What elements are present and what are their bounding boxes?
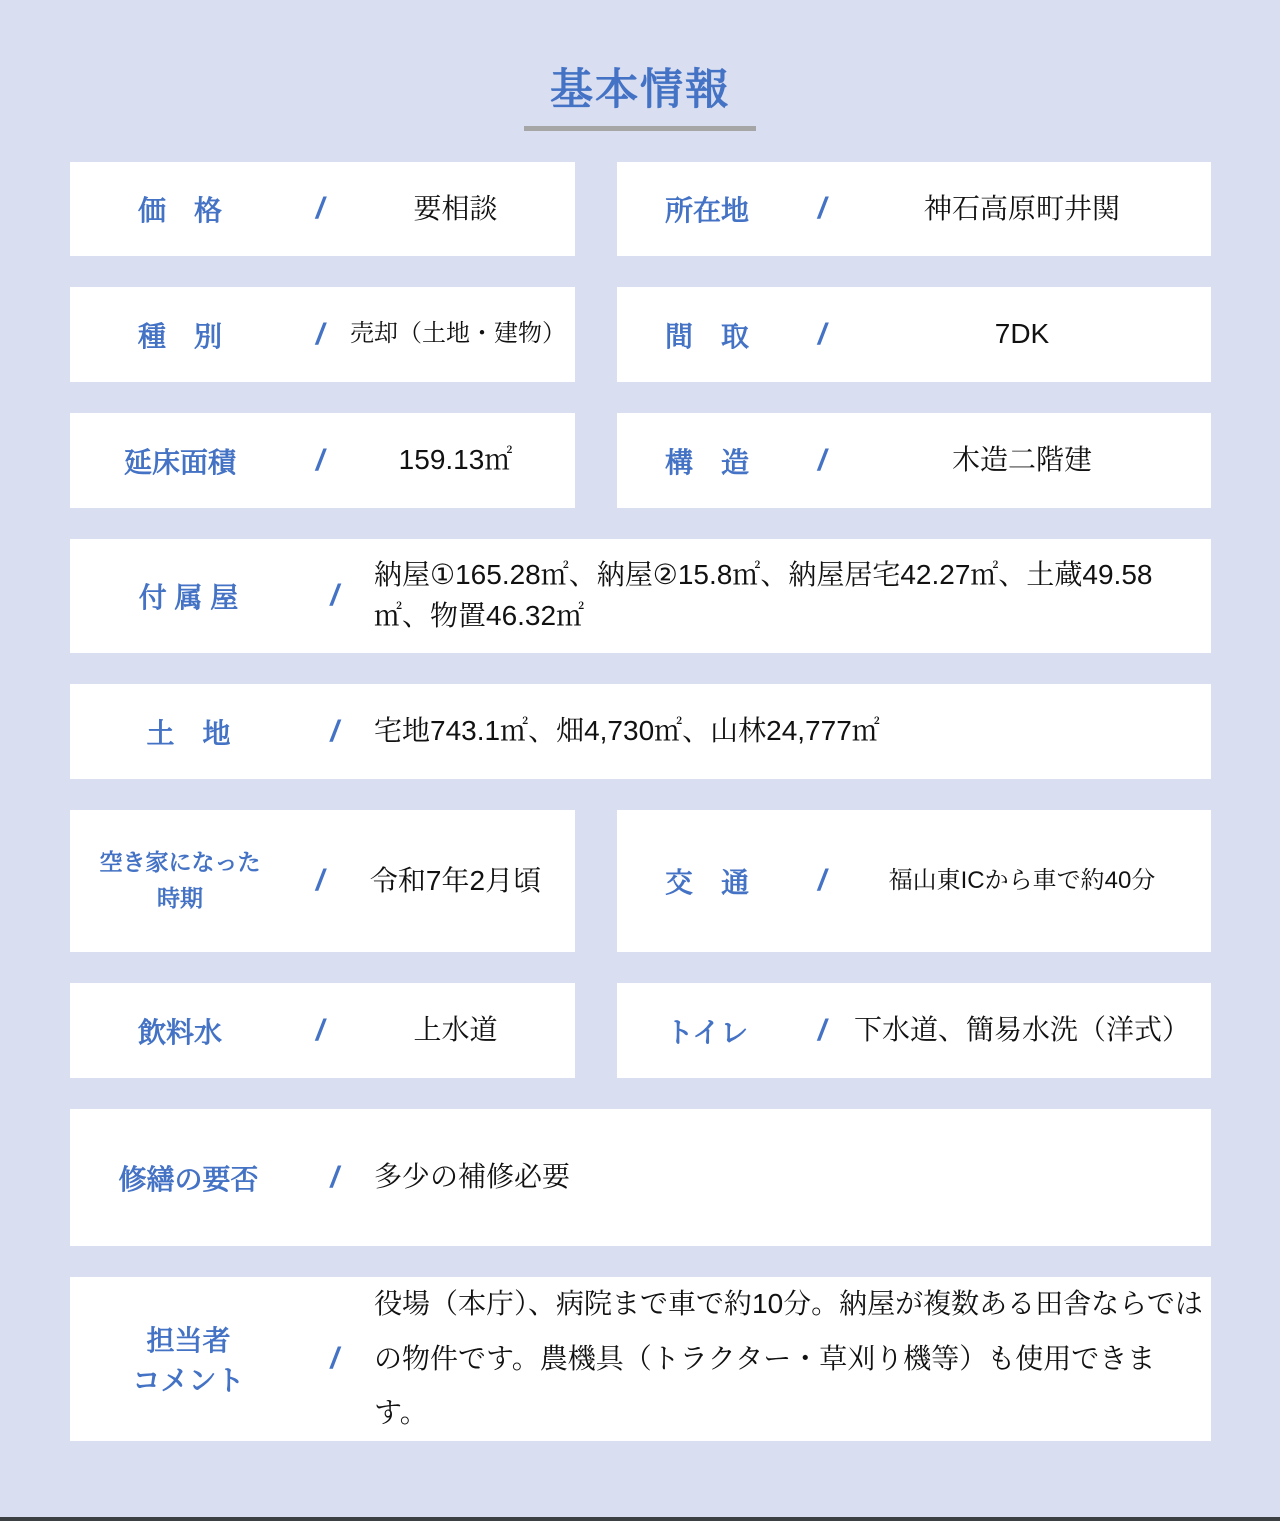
land-card: 土 地 / 宅地743.1㎡、畑4,730㎡、山林24,777㎡: [70, 684, 1211, 779]
floor-plan-value: 7DK: [847, 314, 1211, 355]
price-value: 要相談: [350, 189, 575, 230]
land-label: 土 地: [70, 712, 307, 752]
drinking-water-label: 飲料水: [70, 1011, 290, 1051]
info-row-8: 修繕の要否 / 多少の補修必要: [70, 1109, 1211, 1246]
slash-separator: /: [797, 318, 847, 352]
land-value: 宅地743.1㎡、畑4,730㎡、山林24,777㎡: [362, 711, 1211, 752]
repair-value: 多少の補修必要: [362, 1157, 1211, 1198]
page-title: 基本情報: [524, 56, 756, 131]
access-label: 交 通: [617, 861, 797, 901]
slash-separator: /: [290, 1014, 350, 1048]
toilet-value: 下水道、簡易水洗（洋式）: [847, 1010, 1211, 1051]
info-row-6: 空き家になった 時期 / 令和7年2月頃 交 通 / 福山東ICから車で約40分: [70, 810, 1211, 952]
info-row-5: 土 地 / 宅地743.1㎡、畑4,730㎡、山林24,777㎡: [70, 684, 1211, 779]
outbuildings-card: 付 属 屋 / 納屋①165.28㎡、納屋②15.8㎡、納屋居宅42.27㎡、土…: [70, 539, 1211, 653]
slash-separator: /: [290, 444, 350, 478]
slash-separator: /: [290, 864, 350, 898]
category-value: 売却（土地・建物）: [350, 317, 575, 352]
toilet-card: トイレ / 下水道、簡易水洗（洋式）: [617, 983, 1211, 1078]
vacancy-period-label: 空き家になった 時期: [70, 845, 290, 916]
floor-plan-card: 間 取 / 7DK: [617, 287, 1211, 382]
location-label: 所在地: [617, 189, 797, 229]
drinking-water-card: 飲料水 / 上水道: [70, 983, 575, 1078]
drinking-water-value: 上水道: [350, 1010, 575, 1051]
total-floor-area-card: 延床面積 / 159.13㎡: [70, 413, 575, 508]
structure-label: 構 造: [617, 441, 797, 481]
price-label: 価 格: [70, 189, 290, 229]
structure-card: 構 造 / 木造二階建: [617, 413, 1211, 508]
vacancy-period-value: 令和7年2月頃: [350, 861, 575, 902]
total-floor-area-value: 159.13㎡: [350, 440, 575, 481]
staff-comment-card: 担当者 コメント / 役場（本庁）、病院まで車で約10分。納屋が複数ある田舎なら…: [70, 1277, 1211, 1441]
slash-separator: /: [307, 715, 362, 749]
slash-separator: /: [307, 1161, 362, 1195]
structure-value: 木造二階建: [847, 440, 1211, 481]
slash-separator: /: [797, 1014, 847, 1048]
bottom-divider: [0, 1517, 1280, 1521]
slash-separator: /: [797, 444, 847, 478]
location-value: 神石高原町井関: [847, 189, 1211, 230]
repair-label: 修繕の要否: [70, 1158, 307, 1198]
floor-plan-label: 間 取: [617, 315, 797, 355]
slash-separator: /: [290, 192, 350, 226]
repair-card: 修繕の要否 / 多少の補修必要: [70, 1109, 1211, 1246]
slash-separator: /: [290, 318, 350, 352]
staff-comment-value: 役場（本庁）、病院まで車で約10分。納屋が複数ある田舎ならではの物件です。農機具…: [362, 1277, 1211, 1441]
staff-comment-label: 担当者 コメント: [70, 1319, 307, 1399]
info-row-4: 付 属 屋 / 納屋①165.28㎡、納屋②15.8㎡、納屋居宅42.27㎡、土…: [70, 539, 1211, 653]
price-card: 価 格 / 要相談: [70, 162, 575, 256]
outbuildings-value: 納屋①165.28㎡、納屋②15.8㎡、納屋居宅42.27㎡、土蔵49.58㎡、…: [362, 555, 1211, 636]
info-row-3: 延床面積 / 159.13㎡ 構 造 / 木造二階建: [70, 413, 1211, 508]
info-row-9: 担当者 コメント / 役場（本庁）、病院まで車で約10分。納屋が複数ある田舎なら…: [70, 1277, 1211, 1441]
info-row-2: 種 別 / 売却（土地・建物） 間 取 / 7DK: [70, 287, 1211, 382]
info-row-7: 飲料水 / 上水道 トイレ / 下水道、簡易水洗（洋式）: [70, 983, 1211, 1078]
total-floor-area-label: 延床面積: [70, 441, 290, 481]
section-header: 基本情報: [0, 0, 1280, 131]
slash-separator: /: [797, 192, 847, 226]
category-card: 種 別 / 売却（土地・建物）: [70, 287, 575, 382]
slash-separator: /: [797, 864, 847, 898]
access-value: 福山東ICから車で約40分: [847, 864, 1211, 899]
toilet-label: トイレ: [617, 1011, 797, 1051]
slash-separator: /: [307, 1342, 362, 1376]
location-card: 所在地 / 神石高原町井関: [617, 162, 1211, 256]
category-label: 種 別: [70, 315, 290, 355]
info-row-1: 価 格 / 要相談 所在地 / 神石高原町井関: [70, 162, 1211, 256]
vacancy-period-card: 空き家になった 時期 / 令和7年2月頃: [70, 810, 575, 952]
slash-separator: /: [307, 579, 362, 613]
access-card: 交 通 / 福山東ICから車で約40分: [617, 810, 1211, 952]
info-panel: 価 格 / 要相談 所在地 / 神石高原町井関 種 別 / 売却（土地・建物） …: [0, 162, 1280, 1441]
outbuildings-label: 付 属 屋: [70, 576, 307, 616]
